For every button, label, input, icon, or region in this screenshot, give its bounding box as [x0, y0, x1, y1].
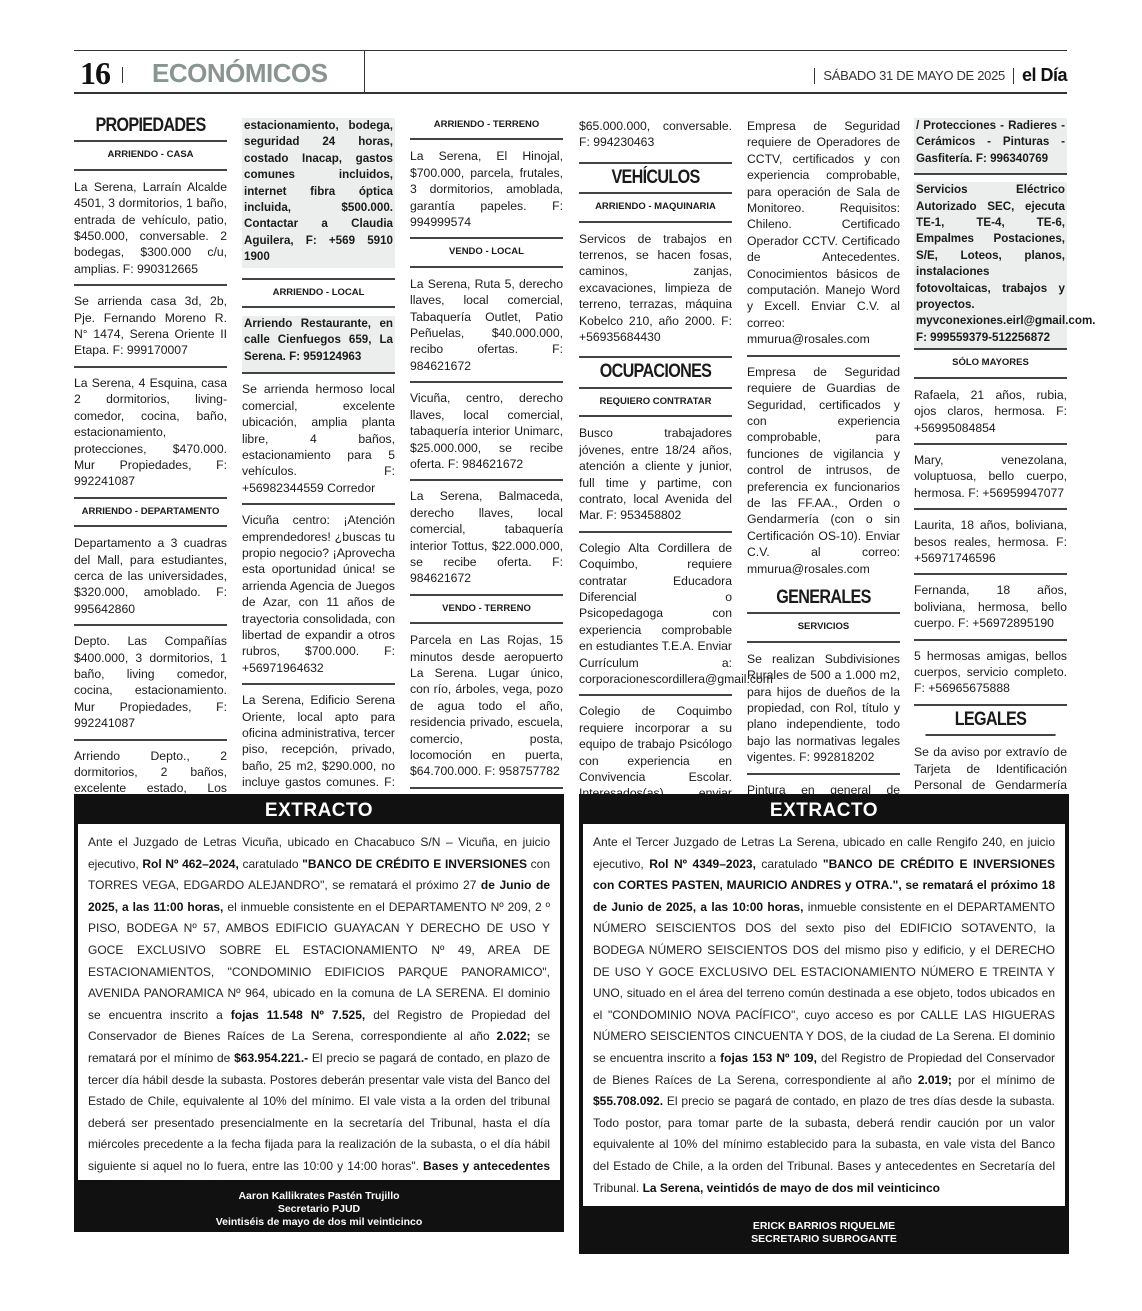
- classified-ad: Vicuña centro: ¡Atención emprendedores! …: [242, 512, 395, 685]
- classified-ad: Busco trabajadores jóvenes, entre 18/24 …: [579, 425, 732, 532]
- category-title: OCUPACIONES: [590, 358, 720, 386]
- legal-notice-extracto-1: EXTRACTO Ante el Juzgado de Letras Vicuñ…: [74, 794, 564, 1232]
- classified-ad: Mary, venezolana, voluptuosa, bello cuer…: [914, 452, 1067, 510]
- subcategory-title: ARRIENDO - TERRENO: [410, 112, 563, 140]
- column-6: / Protecciones - Radieres - Cerámicos - …: [914, 118, 1067, 875]
- classified-ad: Laurita, 18 años, boliviana, besos reale…: [914, 517, 1067, 575]
- extracto-bold: La Serena, veintidós de mayo de dos mil …: [643, 1181, 940, 1195]
- classified-ad: La Serena, Balmaceda, derecho llaves, lo…: [410, 488, 563, 593]
- extracto-text: El precio se pagará de contado, en plazo…: [593, 1094, 1055, 1194]
- subcategory-title: VENDO - TERRENO: [410, 594, 563, 624]
- category-title: PROPIEDADES: [85, 112, 215, 140]
- section-title: ECONÓMICOS: [152, 58, 328, 89]
- signatory-name: ERICK BARRIOS RIQUELME: [583, 1220, 1065, 1233]
- extracto-text: el inmueble consistente en el DEPARTAMEN…: [88, 900, 550, 1022]
- highlighted-ad: Arriendo Restaurante, en calle Cienfuego…: [242, 316, 395, 374]
- classified-ad: Se arrienda hermoso local comercial, exc…: [242, 381, 395, 505]
- classified-ad: La Serena, El Hinojal, $700.000, parcela…: [410, 148, 563, 237]
- subcategory-title: VENDO - LOCAL: [410, 237, 563, 267]
- extracto-bold: $55.708.092.: [593, 1094, 663, 1108]
- extracto-text: El precio se pagará de contado, en plazo…: [88, 1051, 550, 1173]
- classified-ad: Rafaela, 21 años, rubia, ojos claros, he…: [914, 387, 1067, 445]
- subcategory-title: ARRIENDO - DEPARTAMENTO: [74, 497, 227, 527]
- extracto-text: inmueble consistente en el DEPARTAMENTO …: [593, 900, 1055, 1065]
- header-divider: [1013, 68, 1014, 84]
- column-4: $65.000.000, conversable. F: 994230463 V…: [579, 118, 732, 867]
- signatory-title: SECRETARIO SUBROGANTE: [583, 1233, 1065, 1246]
- subcategory-title: ARRIENDO - MAQUINARIA: [579, 192, 732, 222]
- classified-ad: Fernanda, 18 años, boliviana, hermosa, b…: [914, 582, 1067, 640]
- classified-ad: Se realizan Subdivisiones Rurales de 500…: [747, 651, 900, 775]
- classified-ad: La Serena, Ruta 5, derecho llaves, local…: [410, 276, 563, 383]
- extracto-bold: fojas 153 Nº 109,: [720, 1051, 817, 1065]
- extracto-bold: Rol Nº 462–2024,: [142, 857, 238, 871]
- page-number: 16: [80, 55, 110, 92]
- extracto-title: EXTRACTO: [583, 797, 1065, 824]
- classified-ad: Colegio Alta Cordillera de Coquimbo, req…: [579, 540, 732, 697]
- classified-ad: Empresa de Seguridad requiere de Operado…: [747, 118, 900, 357]
- extracto-bold: "BANCO DE CRÉDITO E INVERSIONES: [302, 857, 527, 871]
- classified-ad: Departamento a 3 cuadras del Mall, para …: [74, 535, 227, 626]
- header-divider: [122, 67, 123, 83]
- highlighted-ad: estacionamiento, bodega, seguridad 24 ho…: [242, 118, 395, 268]
- classified-ad: Vicuña, centro, derecho llaves, local co…: [410, 390, 563, 481]
- extracto-bold: fojas 11.548 Nº 7.525,: [231, 1008, 365, 1022]
- extracto-text: caratulado: [756, 857, 823, 871]
- classified-ad: La Serena, 4 Esquina, casa 2 dormitorios…: [74, 375, 227, 497]
- extracto-bold: Rol Nº 4349–2023,: [649, 857, 756, 871]
- legal-notice-extracto-2: EXTRACTO Ante el Tercer Juzgado de Letra…: [579, 794, 1069, 1254]
- classified-ad: Depto. Las Compañías $400.000, 3 dormito…: [74, 633, 227, 740]
- category-title: VEHÍCULOS: [590, 164, 720, 192]
- header-divider: [364, 51, 365, 93]
- extracto-signature: ERICK BARRIOS RIQUELME SECRETARIO SUBROG…: [583, 1206, 1065, 1254]
- highlighted-ad: Servicios Eléctrico Autorizado SEC, ejec…: [914, 182, 1067, 348]
- extracto-bold: 2.022;: [496, 1029, 530, 1043]
- category-title: GENERALES: [758, 584, 888, 612]
- classified-ad: Servicos de trabajos en terrenos, se hac…: [579, 231, 732, 353]
- extracto-text: caratulado: [239, 857, 302, 871]
- extracto-text: por el mínimo de: [952, 1073, 1055, 1087]
- extracto-body: Ante el Tercer Juzgado de Letras La Sere…: [583, 824, 1065, 1206]
- classified-ad: Parcela en Las Rojas, 15 minutos desde a…: [410, 632, 563, 789]
- category-title: LEGALES: [925, 706, 1055, 736]
- extracto-bold: 2.019;: [918, 1073, 952, 1087]
- extracto-body: Ante el Juzgado de Letras Vicuña, ubicad…: [78, 824, 560, 1180]
- subcategory-title: SÓLO MAYORES: [914, 348, 1067, 378]
- classified-ad: La Serena, Larraín Alcalde 4501, 3 dormi…: [74, 179, 227, 286]
- signature-date: Veintiséis de mayo de dos mil veinticinc…: [78, 1216, 560, 1229]
- page-header: 16 ECONÓMICOS SÁBADO 31 DE MAYO DE 2025 …: [74, 50, 1067, 94]
- highlighted-ad: / Protecciones - Radieres - Cerámicos - …: [914, 118, 1067, 175]
- subcategory-title: ARRIENDO - LOCAL: [242, 278, 395, 308]
- signatory-title: Secretario PJUD: [78, 1203, 560, 1216]
- classified-ad: 5 hermosas amigas, bellos cuerpos, servi…: [914, 648, 1067, 706]
- header-meta: SÁBADO 31 DE MAYO DE 2025 el Día: [814, 65, 1067, 86]
- classified-ad: Empresa de Seguridad requiere de Guardia…: [747, 364, 900, 584]
- newspaper-logo: el Día: [1022, 65, 1067, 86]
- classified-ad: Se arrienda casa 3d, 2b, Pje. Fernando M…: [74, 293, 227, 368]
- issue-date: SÁBADO 31 DE MAYO DE 2025: [823, 68, 1005, 83]
- classified-ad: $65.000.000, conversable. F: 994230463: [579, 118, 732, 158]
- extracto-bold: $63.954.221.-: [234, 1051, 308, 1065]
- extracto-title: EXTRACTO: [78, 797, 560, 824]
- subcategory-title: ARRIENDO - CASA: [74, 140, 227, 170]
- header-divider: [814, 68, 815, 84]
- column-1: PROPIEDADES ARRIENDO - CASA La Serena, L…: [74, 112, 227, 904]
- subcategory-title: SERVICIOS: [747, 612, 900, 642]
- subcategory-title: REQUIERO CONTRATAR: [579, 387, 732, 417]
